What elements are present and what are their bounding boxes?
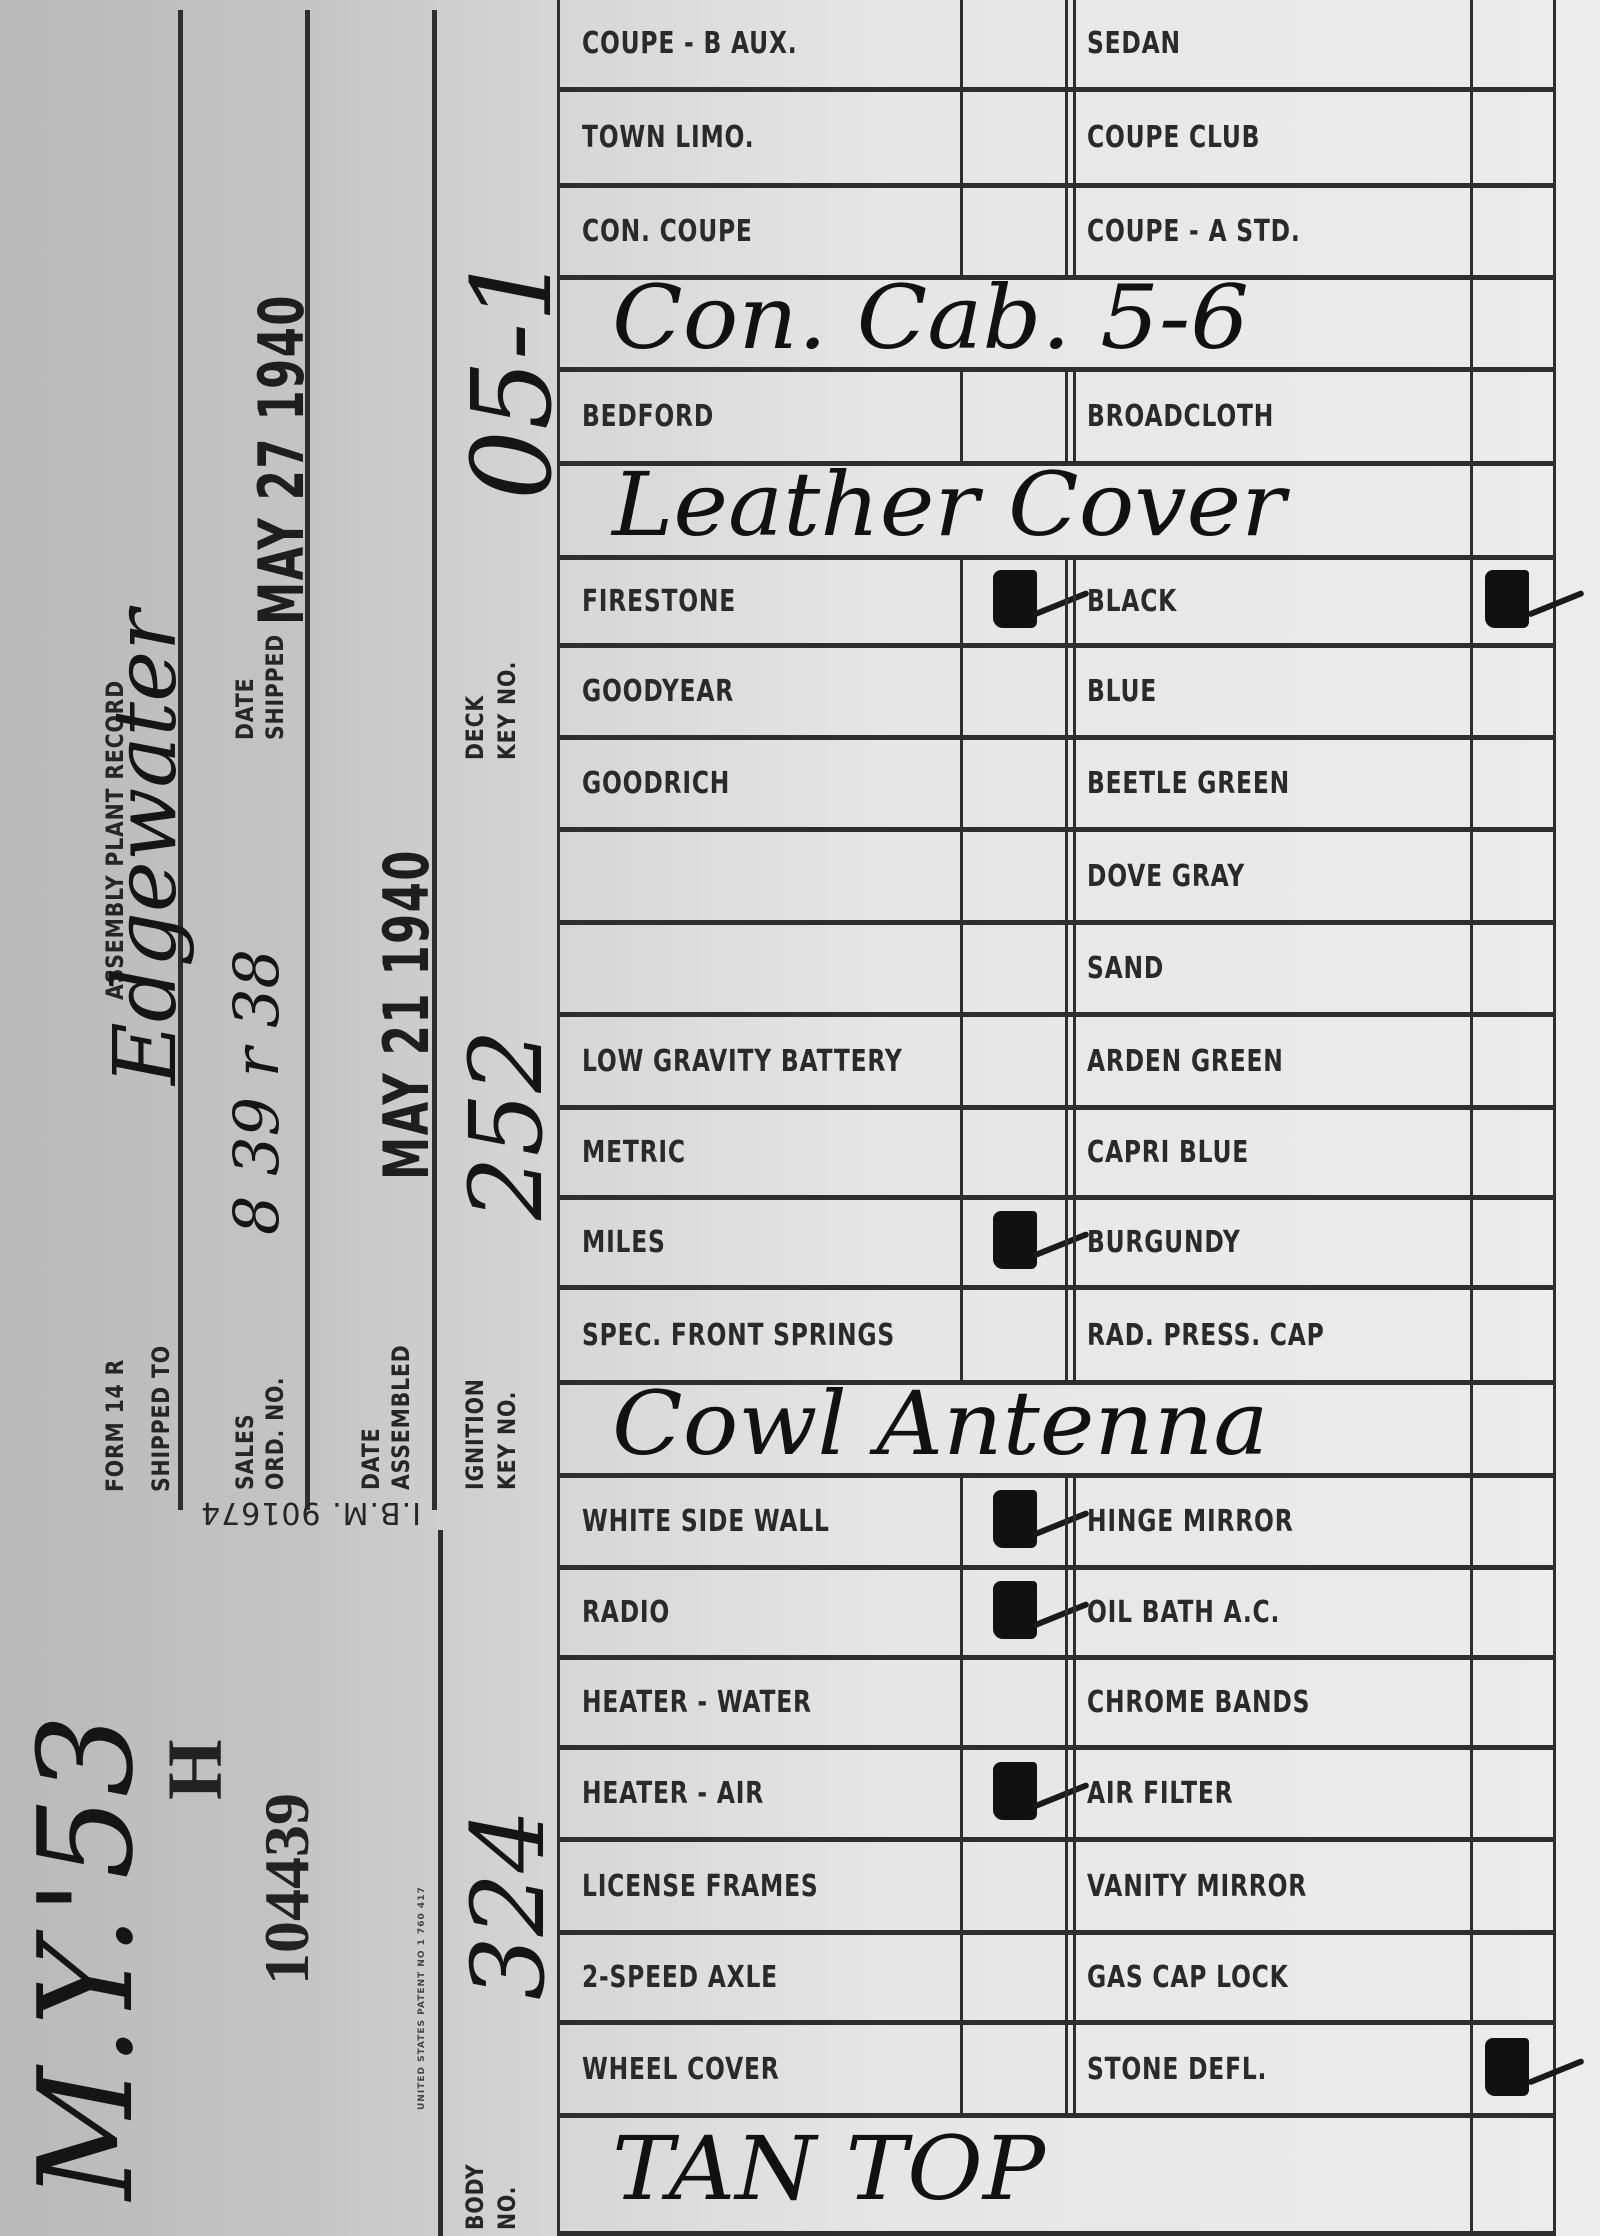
checkbox-left[interactable] (963, 1478, 1063, 1565)
option-label-right: BURGUNDY (1087, 1225, 1241, 1260)
column-divider (1073, 372, 1076, 466)
table-row: GOODYEARBLUE (557, 648, 1555, 740)
column-divider (1065, 1478, 1068, 1570)
column-divider (960, 1478, 963, 1570)
check-tick-icon (1032, 1510, 1090, 1538)
option-label-left: HEATER - AIR (582, 1776, 764, 1811)
column-divider (1065, 925, 1068, 1017)
column-divider (1073, 1570, 1076, 1660)
option-label-right: RAD. PRESS. CAP (1087, 1318, 1325, 1353)
date-shipped-label-1: DATE (232, 678, 258, 740)
column-divider (1470, 2025, 1473, 2118)
table-row: DOVE GRAY (557, 832, 1555, 925)
column-divider (960, 1017, 963, 1110)
option-label-left: WHITE SIDE WALL (582, 1504, 830, 1539)
column-divider (960, 740, 963, 832)
ibm-number: I.B.M. 901674 (200, 1495, 421, 1530)
column-divider (960, 1660, 963, 1750)
check-mark-icon (993, 1581, 1037, 1639)
table-row: SAND (557, 925, 1555, 1017)
checkbox-right[interactable] (1473, 925, 1553, 1012)
option-label-left: LOW GRAVITY BATTERY (582, 1044, 903, 1079)
option-label-right: DOVE GRAY (1087, 859, 1245, 894)
column-divider (1073, 1478, 1076, 1570)
checkbox-right[interactable] (1473, 372, 1553, 461)
column-divider (1470, 466, 1473, 560)
option-label-right: SEDAN (1087, 26, 1181, 61)
handwritten-entry: Cowl Antenna (612, 1372, 1269, 1475)
table-row: 2-SPEED AXLEGAS CAP LOCK (557, 1935, 1555, 2025)
column-divider (1470, 832, 1473, 925)
column-divider (1470, 1017, 1473, 1110)
table-row: BEDFORDBROADCLOTH (557, 372, 1555, 466)
options-table: COUPE - B AUX.SEDANTOWN LIMO.COUPE CLUBC… (557, 0, 1557, 2236)
check-mark-icon (993, 1490, 1037, 1548)
body-no-value: 324 (450, 1809, 567, 2000)
table-row: TOWN LIMO.COUPE CLUB (557, 92, 1555, 188)
option-label-left: SPEC. FRONT SPRINGS (582, 1318, 895, 1353)
table-row: HEATER - AIRAIR FILTER (557, 1750, 1555, 1842)
option-label-right: GAS CAP LOCK (1087, 1960, 1289, 1995)
handwritten-entry: Leather Cover (612, 453, 1285, 556)
date-assembled-value: MAY 21 1940 (370, 849, 443, 1180)
option-label-left: METRIC (582, 1135, 686, 1170)
option-label-left: RADIO (582, 1595, 670, 1630)
option-label-right: COUPE CLUB (1087, 120, 1260, 155)
check-mark-icon (1485, 570, 1529, 628)
assembly-plant-record-card: FORM 14 R SHIPPED TO ASSEMBLY PLANT RECO… (0, 0, 1600, 2236)
sales-ord-label-1: SALES (232, 1414, 258, 1490)
check-tick-icon (1032, 1601, 1090, 1629)
column-divider (1073, 1290, 1076, 1385)
checkbox-right[interactable] (1473, 1017, 1553, 1105)
checkbox-left[interactable] (963, 2025, 1063, 2113)
column-divider (960, 1842, 963, 1935)
column-divider (960, 925, 963, 1017)
checkbox-right[interactable] (1473, 1290, 1553, 1380)
column-divider (1065, 1110, 1068, 1200)
column-divider (960, 1290, 963, 1385)
divider-sales (305, 10, 310, 1510)
table-row: MILESBURGUNDY (557, 1200, 1555, 1290)
column-divider (1470, 0, 1473, 92)
check-mark-icon (1485, 2038, 1529, 2096)
check-mark-icon (993, 1211, 1037, 1269)
column-divider (1073, 925, 1076, 1017)
column-divider (1073, 1660, 1076, 1750)
option-label-left: 2-SPEED AXLE (582, 1960, 778, 1995)
date-assembled-label-2: ASSEMBLED (388, 1344, 414, 1490)
checkbox-right[interactable] (1473, 1110, 1553, 1195)
column-divider (960, 0, 963, 92)
column-divider (1065, 92, 1068, 188)
column-divider (960, 648, 963, 740)
serial-number: 104439 (250, 1793, 324, 1985)
column-divider (1470, 1478, 1473, 1570)
option-label-right: BLACK (1087, 584, 1177, 619)
checkbox-right[interactable] (1473, 832, 1553, 920)
table-row: LOW GRAVITY BATTERYARDEN GREEN (557, 1017, 1555, 1110)
checkbox-left[interactable] (963, 188, 1063, 275)
deck-key-label-2: KEY NO. (494, 661, 520, 760)
column-divider (960, 1110, 963, 1200)
column-divider (1065, 1290, 1068, 1385)
checkbox-left[interactable] (963, 1110, 1063, 1195)
column-divider (1073, 648, 1076, 740)
checkbox-right[interactable] (1473, 560, 1553, 643)
divider-date-assembled (432, 10, 437, 1510)
table-row: METRICCAPRI BLUE (557, 1110, 1555, 1200)
ignition-key-value: 252 (448, 1029, 565, 1220)
column-divider (960, 560, 963, 648)
option-label-right: OIL BATH A.C. (1087, 1595, 1280, 1630)
column-divider (960, 1570, 963, 1660)
serial-prefix: H (150, 1739, 240, 1800)
shipped-to-label: SHIPPED TO (148, 1345, 174, 1492)
ignition-key-label-1: IGNITION (462, 1378, 488, 1490)
column-divider (1470, 92, 1473, 188)
column-divider (1470, 1110, 1473, 1200)
column-divider (1470, 188, 1473, 280)
option-label-right: STONE DEFL. (1087, 2052, 1267, 2087)
column-divider (1470, 560, 1473, 648)
column-divider (1470, 1660, 1473, 1750)
column-divider (1065, 1200, 1068, 1290)
column-divider (1065, 2025, 1068, 2118)
column-divider (1470, 1290, 1473, 1385)
column-divider (1073, 740, 1076, 832)
checkbox-right[interactable] (1473, 1660, 1553, 1745)
column-divider (960, 92, 963, 188)
checkbox-left[interactable] (963, 648, 1063, 735)
column-divider (1065, 560, 1068, 648)
checkbox-left[interactable] (963, 1290, 1063, 1380)
column-divider (1065, 1750, 1068, 1842)
sales-ord-label-2: ORD. NO. (262, 1377, 288, 1490)
option-label-right: BLUE (1087, 674, 1157, 709)
option-label-left: GOODYEAR (582, 674, 734, 709)
table-row: WHEEL COVERSTONE DEFL. (557, 2025, 1555, 2118)
checkbox-right[interactable] (1473, 648, 1553, 735)
column-divider (1065, 832, 1068, 925)
checkbox-right[interactable] (1473, 1478, 1553, 1565)
option-label-left: TOWN LIMO. (582, 120, 754, 155)
checkbox-left[interactable] (963, 1660, 1063, 1745)
sales-ord-value: 8 39 r 38 (220, 949, 293, 1235)
column-divider (1470, 740, 1473, 832)
column-divider (1073, 92, 1076, 188)
column-divider (1065, 0, 1068, 92)
option-label-right: COUPE - A STD. (1087, 214, 1301, 249)
ignition-key-label-2: KEY NO. (494, 1391, 520, 1490)
column-divider (1470, 925, 1473, 1017)
column-divider (1470, 1200, 1473, 1290)
column-divider (1470, 280, 1473, 372)
checkbox-left[interactable] (963, 1750, 1063, 1837)
column-divider (1065, 648, 1068, 740)
handwritten-row: Leather Cover (557, 466, 1555, 560)
option-label-left: HEATER - WATER (582, 1685, 812, 1720)
checkbox-left[interactable] (963, 1017, 1063, 1105)
table-row: COUPE - B AUX.SEDAN (557, 0, 1555, 92)
column-divider (1073, 1200, 1076, 1290)
checkbox-left[interactable] (963, 372, 1063, 461)
checkbox-right[interactable] (1473, 1200, 1553, 1285)
deck-key-label-1: DECK (462, 695, 488, 760)
table-row: HEATER - WATERCHROME BANDS (557, 1660, 1555, 1750)
checkbox-right[interactable] (1473, 1570, 1553, 1655)
handwritten-row: Con. Cab. 5-6 (557, 280, 1555, 372)
option-label-left: CON. COUPE (582, 214, 753, 249)
column-divider (1073, 0, 1076, 92)
column-divider (1470, 1935, 1473, 2025)
table-row: GOODRICHBEETLE GREEN (557, 740, 1555, 832)
column-divider (1065, 1842, 1068, 1935)
column-divider (1065, 1660, 1068, 1750)
column-divider (1073, 1935, 1076, 2025)
table-row: RADIOOIL BATH A.C. (557, 1570, 1555, 1660)
column-divider (1065, 1570, 1068, 1660)
checkbox-left[interactable] (963, 92, 1063, 183)
date-assembled-label-1: DATE (358, 1428, 384, 1490)
table-row: LICENSE FRAMESVANITY MIRROR (557, 1842, 1555, 1935)
checkbox-left[interactable] (963, 1842, 1063, 1930)
option-label-right: SAND (1087, 951, 1164, 986)
handwritten-note: M.Y.'53 (10, 1714, 162, 2200)
body-no-label-2: NO. (494, 2186, 520, 2230)
checkbox-left[interactable] (963, 1200, 1063, 1285)
option-label-left: COUPE - B AUX. (582, 26, 797, 61)
date-shipped-value: MAY 27 1940 (245, 294, 318, 625)
option-label-right: AIR FILTER (1087, 1776, 1233, 1811)
column-divider (1065, 372, 1068, 466)
check-mark-icon (993, 570, 1037, 628)
checkbox-right[interactable] (1473, 740, 1553, 827)
column-divider (1065, 1017, 1068, 1110)
column-divider (1073, 560, 1076, 648)
option-label-left: LICENSE FRAMES (582, 1869, 819, 1904)
option-label-right: HINGE MIRROR (1087, 1504, 1294, 1539)
column-divider (1470, 2118, 1473, 2236)
checkbox-left[interactable] (963, 925, 1063, 1012)
checkbox-left[interactable] (963, 1935, 1063, 2020)
body-no-label-1: BODY (462, 2163, 488, 2230)
option-label-left: GOODRICH (582, 766, 730, 801)
option-label-left: MILES (582, 1225, 666, 1260)
check-mark-icon (993, 1762, 1037, 1820)
column-divider (1065, 740, 1068, 832)
checkbox-right[interactable] (1473, 1842, 1553, 1930)
shipped-to-value: Edgewater (96, 610, 196, 1085)
check-tick-icon (1032, 1782, 1090, 1810)
column-divider (1065, 1935, 1068, 2025)
handwritten-row: TAN TOP (557, 2118, 1555, 2236)
checkbox-right[interactable] (1473, 0, 1553, 87)
column-divider (960, 2025, 963, 2118)
option-label-right: ARDEN GREEN (1087, 1044, 1284, 1079)
column-divider (1073, 188, 1076, 280)
column-divider (960, 1750, 963, 1842)
column-divider (1073, 1842, 1076, 1935)
column-divider (1073, 1750, 1076, 1842)
option-label-left: FIRESTONE (582, 584, 736, 619)
divider-body (438, 1530, 443, 2236)
option-label-right: VANITY MIRROR (1087, 1869, 1307, 1904)
column-divider (1470, 1750, 1473, 1842)
option-label-right: BROADCLOTH (1087, 399, 1274, 434)
column-divider (1073, 1110, 1076, 1200)
column-divider (1470, 372, 1473, 466)
checkbox-left[interactable] (963, 560, 1063, 643)
form-number-label: FORM 14 R (102, 1359, 128, 1492)
column-divider (1073, 2025, 1076, 2118)
checkbox-left[interactable] (963, 1570, 1063, 1655)
handwritten-row: Cowl Antenna (557, 1385, 1555, 1478)
checkbox-right[interactable] (1473, 1750, 1553, 1837)
option-label-right: BEETLE GREEN (1087, 766, 1290, 801)
date-shipped-label-2: SHIPPED (262, 634, 288, 740)
checkbox-right[interactable] (1473, 1935, 1553, 2020)
table-row: FIRESTONEBLACK (557, 560, 1555, 648)
option-label-right: CHROME BANDS (1087, 1685, 1310, 1720)
checkbox-right[interactable] (1473, 92, 1553, 183)
checkbox-right[interactable] (1473, 188, 1553, 275)
check-tick-icon (1032, 590, 1090, 618)
patent-text: UNITED STATES PATENT NO 1 760 417 (417, 1886, 427, 2110)
column-divider (1470, 1570, 1473, 1660)
column-divider (1073, 832, 1076, 925)
column-divider (960, 372, 963, 466)
option-label-left: WHEEL COVER (582, 2052, 780, 2087)
column-divider (1470, 1842, 1473, 1935)
checkbox-left[interactable] (963, 740, 1063, 827)
checkbox-left[interactable] (963, 832, 1063, 920)
column-divider (960, 1935, 963, 2025)
option-label-right: CAPRI BLUE (1087, 1135, 1249, 1170)
column-divider (960, 188, 963, 280)
column-divider (1073, 1017, 1076, 1110)
checkbox-right[interactable] (1473, 2025, 1553, 2113)
column-divider (1470, 648, 1473, 740)
check-tick-icon (1032, 1231, 1090, 1259)
column-divider (1065, 188, 1068, 280)
option-label-left: BEDFORD (582, 399, 714, 434)
handwritten-entry: TAN TOP (612, 2117, 1045, 2220)
column-divider (960, 1200, 963, 1290)
column-divider (960, 832, 963, 925)
handwritten-entry: Con. Cab. 5-6 (612, 266, 1249, 369)
column-divider (1470, 1385, 1473, 1478)
checkbox-left[interactable] (963, 0, 1063, 87)
table-row: WHITE SIDE WALLHINGE MIRROR (557, 1478, 1555, 1570)
